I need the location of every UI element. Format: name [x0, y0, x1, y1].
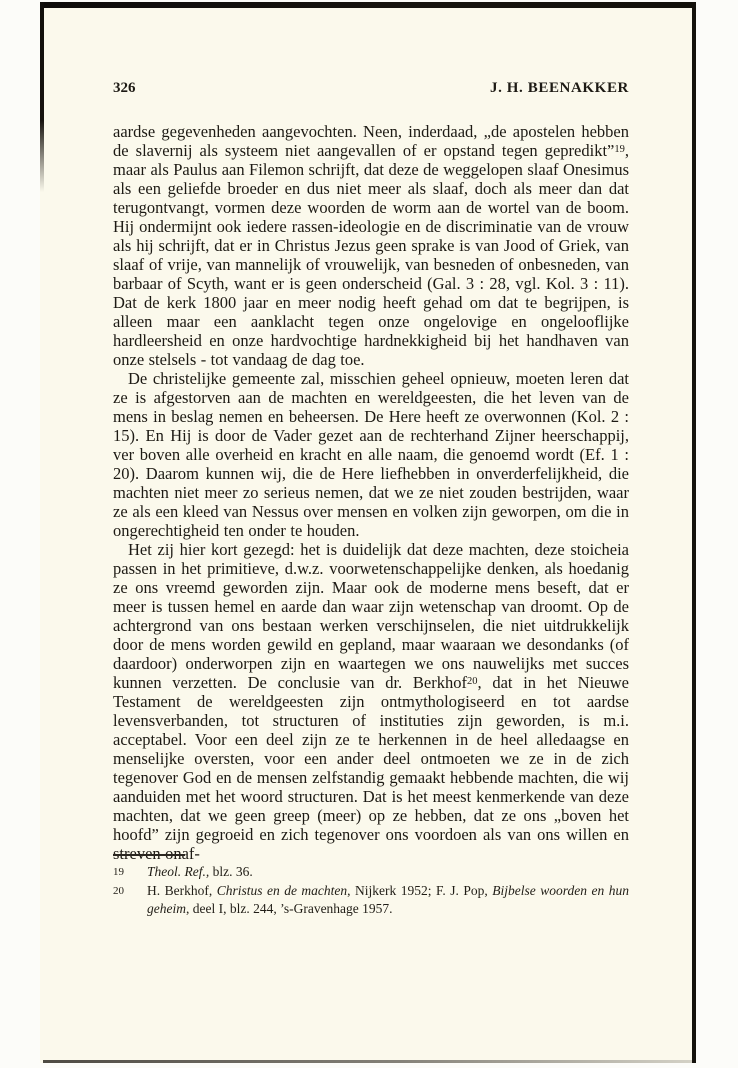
- page-content: 326 J. H. BEENAKKER aardse gegevenheden …: [113, 2, 629, 863]
- body-text: aardse gegevenheden aangevochten. Neen, …: [113, 122, 629, 863]
- footnote-number: 20: [113, 882, 124, 901]
- scan-canvas: 326 J. H. BEENAKKER aardse gegevenheden …: [0, 0, 738, 1068]
- text-run: , dat in het Nieuwe Testament de wereldg…: [113, 673, 629, 863]
- italic-text: Theol. Ref.,: [147, 864, 209, 879]
- scan-edge-left: [40, 2, 44, 192]
- footnote-number: 19: [113, 863, 124, 882]
- italic-text: Christus en de machten: [217, 883, 347, 898]
- paragraph: De christelijke gemeente zal, misschien …: [113, 369, 629, 540]
- text-run: , maar als Paulus aan Filemon schrijft, …: [113, 141, 629, 369]
- page-number: 326: [113, 80, 136, 97]
- footnote-separator: [113, 854, 185, 856]
- footnote: 19Theol. Ref., blz. 36.: [113, 863, 629, 882]
- footnote-ref: 19: [614, 144, 625, 155]
- scanned-page: 326 J. H. BEENAKKER aardse gegevenheden …: [40, 2, 696, 1063]
- running-head-author: J. H. BEENAKKER: [490, 80, 629, 97]
- footnotes: 19Theol. Ref., blz. 36.20H. Berkhof, Chr…: [113, 863, 629, 919]
- text-run: , deel I, blz. 244, ’s-Gravenhage 1957.: [186, 901, 393, 916]
- paragraph: aardse gegevenheden aangevochten. Neen, …: [113, 122, 629, 369]
- footnote-ref: 20: [467, 676, 478, 687]
- text-run: Het zij hier kort gezegd: het is duideli…: [113, 540, 629, 692]
- text-run: H. Berkhof,: [147, 883, 217, 898]
- text-run: blz. 36.: [209, 864, 253, 879]
- footnote-block: 19Theol. Ref., blz. 36.20H. Berkhof, Chr…: [113, 854, 629, 919]
- text-run: , Nijkerk 1952; F. J. Pop,: [347, 883, 492, 898]
- running-head: 326 J. H. BEENAKKER: [113, 80, 629, 97]
- text-run: De christelijke gemeente zal, misschien …: [113, 369, 629, 540]
- scan-edge-right: [692, 2, 696, 1063]
- text-run: aardse gegevenheden aangevochten. Neen, …: [113, 122, 629, 160]
- scan-edge-bottom: [43, 1060, 693, 1063]
- paragraph: Het zij hier kort gezegd: het is duideli…: [113, 540, 629, 863]
- footnote: 20H. Berkhof, Christus en de machten, Ni…: [113, 882, 629, 919]
